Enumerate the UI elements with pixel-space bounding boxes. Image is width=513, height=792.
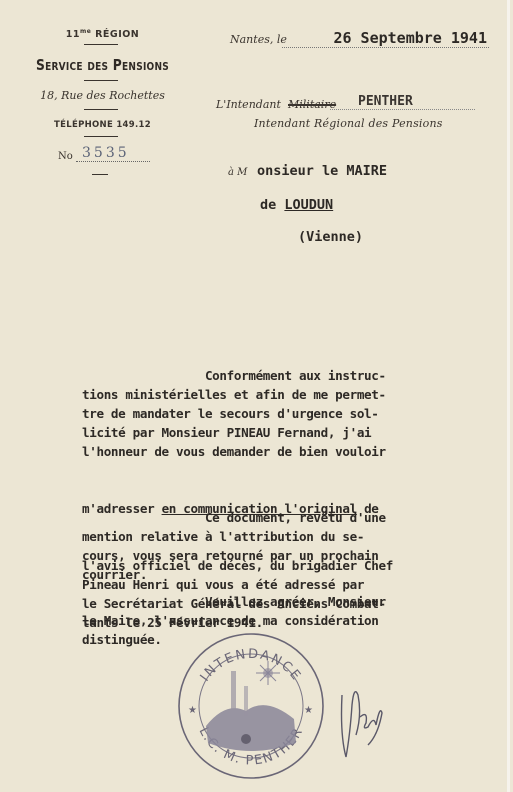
body-line: mention relative à l'attribution du se- (82, 527, 512, 546)
body-line: Ce document, revêtu d'une (82, 508, 512, 527)
body-line: l'honneur de vous demander de bien voulo… (82, 442, 512, 461)
place-label: Nantes, le (230, 33, 287, 46)
svg-text:★: ★ (304, 705, 313, 716)
official-stamp-seal: INTENDANCE L.C. M. PENTHER ★ ★ (176, 631, 326, 781)
recipient-prefix: à M (228, 167, 247, 178)
body-line: tions ministérielles et afin de me perme… (82, 385, 512, 404)
service-word: ERVICE (45, 60, 83, 73)
body-line: le Maire, l'assurance de ma considératio… (82, 611, 512, 630)
intendant-name: PENTHER (330, 94, 475, 110)
letter-page: 11me RÉGION SERVICE DES PENSIONS 18, Rue… (0, 0, 510, 792)
region-label: RÉGION (95, 29, 139, 40)
recipient-line-2: de LOUDUN (260, 197, 333, 213)
intendant-label: L'Intendant (216, 98, 281, 111)
service-heading: SERVICE DES PENSIONS (18, 56, 186, 74)
number-label: No (58, 151, 73, 162)
divider (92, 174, 108, 175)
divider (84, 136, 118, 137)
struck-word: Militaire (288, 98, 336, 111)
paragraph-2: Ce document, revêtu d'unemention relativ… (82, 508, 512, 584)
region-heading: 11me RÉGION (0, 28, 205, 40)
body-line: Veuillez agréer, Monsieur (82, 592, 512, 611)
street-address: 18, Rue des Rochettes (0, 89, 205, 102)
intendant-title: Intendant Régional des Pensions (254, 117, 443, 130)
telephone: TÉLÉPHONE 149.12 (0, 120, 205, 130)
service-des: DES (87, 60, 108, 73)
pensions-word: ENSIONS (122, 60, 169, 73)
letter-date: 26 Septembre 1941 (282, 29, 489, 48)
body-line: courrier. (82, 565, 512, 584)
divider (84, 44, 118, 45)
recipient-de: de (260, 197, 284, 213)
svg-text:★: ★ (188, 705, 197, 716)
pensions-initial: P (113, 56, 122, 74)
body-line: Conformément aux instruc- (82, 366, 512, 385)
svg-text:INTENDANCE: INTENDANCE (198, 647, 305, 685)
recipient-city: LOUDUN (284, 197, 333, 213)
region-number: 11 (66, 29, 80, 40)
recipient-line-1: onsieur le MAIRE (257, 163, 387, 179)
divider (84, 109, 118, 110)
region-suffix: me (80, 28, 91, 35)
divider (84, 80, 118, 81)
handwritten-signature (338, 675, 388, 765)
body-line: cours, vous sera retourné par un prochai… (82, 546, 512, 565)
body-line: licité par Monsieur PINEAU Fernand, j'ai (82, 423, 512, 442)
recipient-line-3: (Vienne) (298, 229, 363, 245)
body-line: tre de mandater le secours d'urgence sol… (82, 404, 512, 423)
reference-number: 3535 (76, 145, 150, 162)
